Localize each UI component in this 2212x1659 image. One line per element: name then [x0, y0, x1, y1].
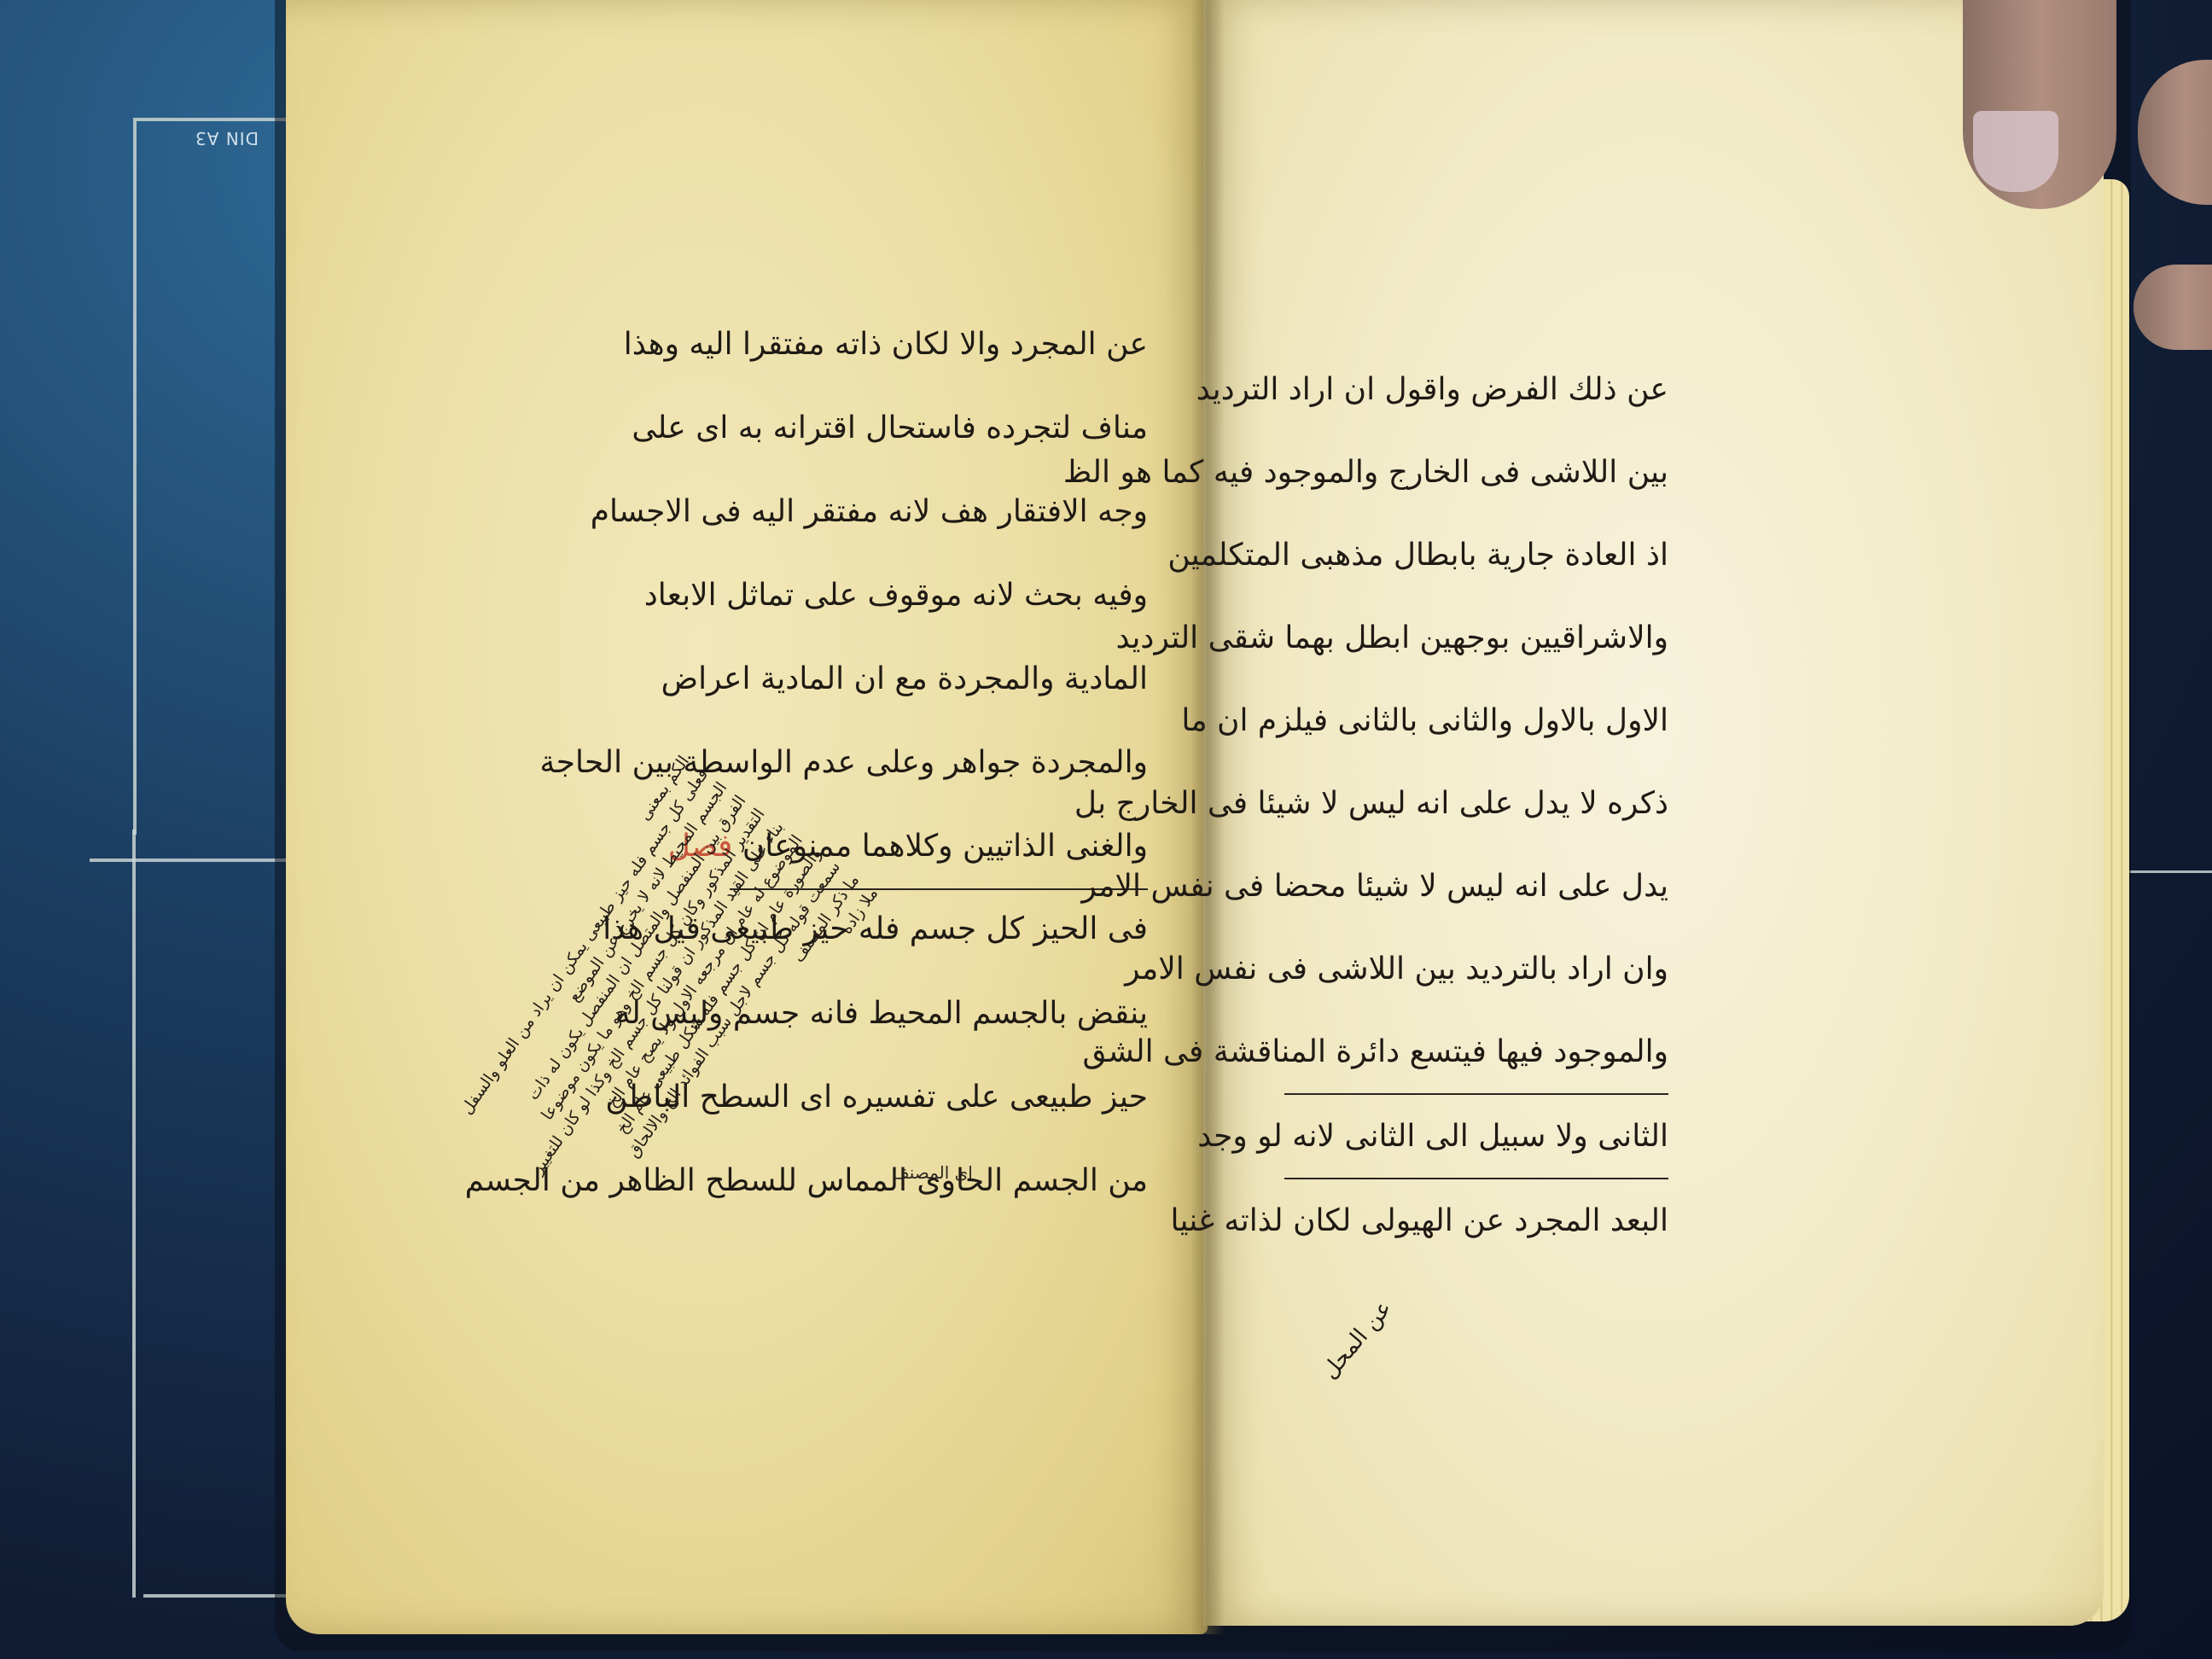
mat-size-label: DIN A3 [195, 128, 259, 148]
right-page-text: عن ذلك الفرض واقول ان اراد الترديد بين ا… [1284, 348, 1668, 1262]
mat-grid-line [2121, 870, 2212, 873]
text-line: ذكره لا يدل على انه ليس لا شيئا فى الخار… [1284, 762, 1668, 845]
text-line: وفيه بحث لانه موقوف على تماثل الابعاد [730, 554, 1148, 637]
mat-grid-line [132, 829, 136, 1598]
text-line: عن المجرد والا لكان ذاته مفتقرا اليه وهذ… [730, 303, 1148, 387]
mat-grid-line [137, 118, 286, 121]
mat-grid-line [133, 118, 137, 835]
text-line: بين اللاشى فى الخارج والموجود فيه كما هو… [1284, 431, 1668, 514]
thumb [1963, 0, 2116, 209]
mat-grid-line [90, 859, 286, 862]
text-line: المادية والمجردة مع ان المادية اعراض [730, 637, 1148, 721]
text-line: والموجود فيها فيتسع دائرة المناقشة فى ال… [1284, 1010, 1668, 1093]
interlinear-note: اى المصنف [892, 1131, 973, 1214]
finger [2138, 60, 2212, 205]
text-line: يدل على انه ليس لا شيئا محضا فى نفس الام… [1284, 845, 1668, 928]
text-line: الثانى ولا سبيل الى الثانى لانه لو وجد [1284, 1093, 1668, 1178]
finger [2133, 265, 2212, 350]
hand-holding-page [1963, 0, 2212, 358]
text-line: البعد المجرد عن الهيولى لكان لذاته غنيا [1284, 1178, 1668, 1262]
text-line: وان اراد بالترديد بين اللاشى فى نفس الام… [1284, 928, 1668, 1010]
text-line: اذ العادة جارية بابطال مذهبى المتكلمين [1284, 514, 1668, 597]
text-line: والاشراقيين بوجهين ابطل بهما شقى الترديد [1284, 597, 1668, 679]
text-line: الاول بالاول والثانى بالثانى فيلزم ان ما [1284, 679, 1668, 762]
text-line: عن ذلك الفرض واقول ان اراد الترديد [1284, 348, 1668, 431]
thumbnail [1973, 111, 2058, 192]
text-line: اى المصنف من الجسم الحاوى المماس للسطح ا… [730, 1139, 1148, 1223]
